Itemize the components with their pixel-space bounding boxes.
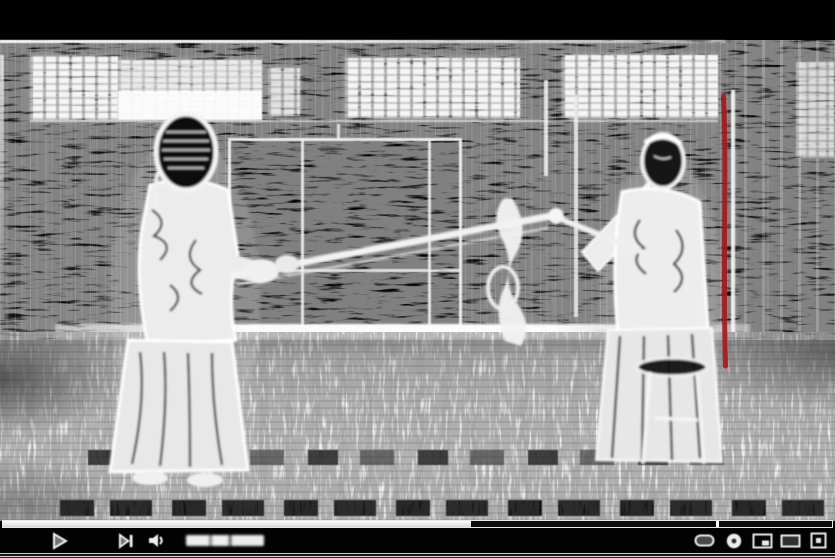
speaker-icon: [148, 532, 165, 549]
time-display: [186, 535, 264, 546]
autoplay-toggle[interactable]: [692, 530, 716, 551]
video-top-edge: [0, 40, 726, 43]
dojo-signboard: [30, 56, 118, 120]
next-button[interactable]: [113, 530, 137, 551]
settings-button[interactable]: [722, 530, 746, 551]
dojo-signboard: [268, 68, 300, 116]
fullscreen-button[interactable]: [806, 530, 830, 551]
video-left-edge: [0, 55, 4, 310]
window-bottom-frame: [0, 553, 835, 558]
control-bar: [0, 528, 835, 553]
theater-icon: [780, 534, 801, 548]
dojo-signboard: [118, 60, 262, 120]
progress-played: [3, 521, 471, 527]
volume-button[interactable]: [144, 530, 168, 551]
wall-post: [544, 80, 548, 176]
play-button[interactable]: [48, 530, 72, 551]
wall-post: [574, 95, 578, 317]
dojo-floor: [0, 332, 835, 521]
floor-dark-blocks-row: [88, 450, 743, 465]
video-picture[interactable]: [0, 40, 835, 521]
floor-dark-blocks-row: [60, 500, 835, 516]
right-wall-marks: [796, 62, 834, 158]
player-window: [0, 0, 835, 558]
dojo-signboard: [345, 58, 520, 118]
fullscreen-icon: [810, 532, 827, 549]
floor-horizon-highlight: [55, 324, 750, 339]
signboard-rail: [30, 120, 718, 122]
play-icon: [51, 532, 69, 550]
autoplay-toggle-icon: [694, 532, 715, 549]
next-icon: [118, 533, 133, 549]
theater-mode-button[interactable]: [778, 530, 802, 551]
miniplayer-icon: [752, 533, 773, 549]
miniplayer-button[interactable]: [750, 530, 774, 551]
dojo-signboard: [562, 55, 718, 118]
dojo-window: [228, 138, 462, 328]
gear-icon: [725, 532, 743, 550]
progress-bar[interactable]: [2, 520, 833, 528]
progress-seam: [716, 521, 719, 527]
